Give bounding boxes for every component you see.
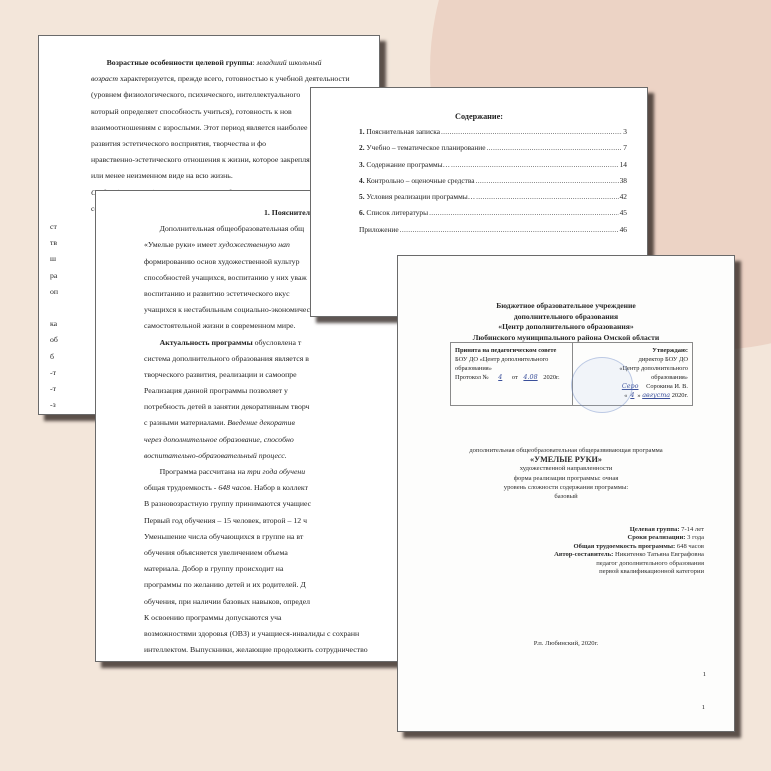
toc-item[interactable]: 3. Содержание программы…14 xyxy=(359,157,627,173)
toc-page-number: 7 xyxy=(623,140,627,156)
text-fragment: ст xyxy=(50,219,58,235)
org-line: дополнительного образования xyxy=(398,312,734,323)
toc-page-number: 38 xyxy=(620,173,627,189)
meta-line: Целевая группа: 7-14 лет xyxy=(554,526,704,534)
toc-item[interactable]: 4. Контрольно – оценочные средства38 xyxy=(359,173,627,189)
meta-line: Автор-составитель: Никитенко Татьяна Евг… xyxy=(554,551,704,559)
accepted-title: Принята на педагогическом совете xyxy=(455,346,568,355)
meta-line: Общая трудоемкость программы: 648 часов xyxy=(554,543,704,551)
text-line: с разными материалами. Введение декорати… xyxy=(144,415,405,431)
text-line: материала. Добор в группу происходит на xyxy=(144,561,405,577)
protocol-number: 4 xyxy=(490,373,510,381)
text-line: К освоению программы допускаются уча xyxy=(144,610,405,626)
approved-title: Утверждаю: xyxy=(577,346,688,355)
accepted-org: БОУ ДО «Центр дополнительного образовани… xyxy=(455,355,568,373)
text-line: общая трудоемкость - 648 часов. Набор в … xyxy=(144,480,405,496)
meta-line: первой квалификационной категории xyxy=(554,568,704,576)
toc-item[interactable]: Приложение46 xyxy=(359,222,627,238)
toc-page-number: 45 xyxy=(620,205,627,221)
text-fragment: ка xyxy=(50,316,58,332)
org-line: «Центр дополнительного образования» xyxy=(398,322,734,333)
text-fragment: об xyxy=(50,332,58,348)
approval-month: августа xyxy=(642,391,670,399)
page-number: 1 xyxy=(703,671,706,678)
page-a-left-edge-fragments: сттвшраопкаобб-т-т-з-з-д-тфшзаоб xyxy=(50,219,58,415)
toc-page-number: 14 xyxy=(620,157,627,173)
text-line: Актуальность программы обусловлена т xyxy=(144,335,405,351)
document-page-title: Бюджетное образовательное учреждение доп… xyxy=(397,255,735,732)
text-line: система дополнительного образования явля… xyxy=(144,351,405,367)
program-level-label: уровень сложности содержания программы: xyxy=(398,483,734,492)
text-line: обучения, при наличии базовых навыков, о… xyxy=(144,594,405,610)
accepted-block: Принята на педагогическом совете БОУ ДО … xyxy=(451,343,573,405)
text-line: интеллектом. Выпускники, желающие продол… xyxy=(144,642,405,658)
approval-table: Принята на педагогическом совете БОУ ДО … xyxy=(450,342,693,406)
program-meta: Целевая группа: 7-14 летСроки реализации… xyxy=(554,526,704,576)
text-fragment: -з xyxy=(50,413,58,415)
text-fragment: -т xyxy=(50,381,58,397)
toc-page-number: 3 xyxy=(623,124,627,140)
text-line: воспитательно-образовательный процесс. xyxy=(144,448,405,464)
toc-item[interactable]: 1. Пояснительная записка3 xyxy=(359,124,627,140)
protocol-line: Протокол № 4 от 4.08 2020г. xyxy=(455,373,568,382)
page-number: 1 xyxy=(702,704,705,711)
toc-page-number: 42 xyxy=(620,189,627,205)
program-name: «УМЕЛЫЕ РУКИ» xyxy=(398,455,734,464)
approver-name: Сорокина И. В. xyxy=(646,383,688,390)
text-fragment: ш xyxy=(50,251,58,267)
program-form: форма реализации программы: очная xyxy=(398,474,734,483)
approved-block: Утверждаю: директор БОУ ДО «Центр дополн… xyxy=(573,343,692,405)
toc-title: Содержание: xyxy=(311,112,647,121)
meta-line: Сроки реализации: 3 года xyxy=(554,534,704,542)
text-fragment xyxy=(50,300,58,316)
toc-item[interactable]: 2. Учебно – тематическое планирование7 xyxy=(359,140,627,156)
protocol-date: 4.08 xyxy=(519,373,541,381)
text-fragment: ра xyxy=(50,268,58,284)
text-line: В разновозрастную группу принимаются уча… xyxy=(144,496,405,512)
place-year: Р.п. Любинский, 2020г. xyxy=(398,640,734,647)
text-line: Программа рассчитана на три года обучени xyxy=(144,464,405,480)
approval-year: 2020г. xyxy=(672,392,688,399)
text-line: коллективом и педагогом, допускаются к д… xyxy=(144,658,405,662)
org-line: Бюджетное образовательное учреждение xyxy=(398,301,734,312)
text-line: возможностями здоровья (ОВЗ) и учащиеся-… xyxy=(144,626,405,642)
text-fragment: тв xyxy=(50,235,58,251)
toc-item[interactable]: 6. Список литературы45 xyxy=(359,205,627,221)
text-line: возраст характеризуется, прежде всего, г… xyxy=(91,71,380,87)
text-line: творческого развития, реализации и самоо… xyxy=(144,367,405,383)
stamp-seal xyxy=(571,357,633,413)
text-line: через дополнительное образование, способ… xyxy=(144,432,405,448)
text-line: Первый год обучения – 15 человек, второй… xyxy=(144,513,405,529)
text-line: самостоятельной жизни в современном мире… xyxy=(144,318,405,334)
text-line: Реализация данной программы позволяет у xyxy=(144,383,405,399)
toc-item[interactable]: 5. Условия реализации программы…42 xyxy=(359,189,627,205)
text-fragment: оп xyxy=(50,284,58,300)
program-info: дополнительная общеобразовательная общер… xyxy=(398,446,734,501)
program-direction: художественной направленности xyxy=(398,464,734,473)
toc-list: 1. Пояснительная записка32. Учебно – тем… xyxy=(359,124,627,238)
text-line: потребность детей в занятии декоративным… xyxy=(144,399,405,415)
text-fragment: б xyxy=(50,349,58,365)
text-fragment: -т xyxy=(50,365,58,381)
program-type: дополнительная общеобразовательная общер… xyxy=(398,446,734,455)
text-line: обучения объясняется увеличением объема xyxy=(144,545,405,561)
program-level: базовый xyxy=(398,492,734,501)
organization-name: Бюджетное образовательное учреждение доп… xyxy=(398,301,734,343)
toc-page-number: 46 xyxy=(620,222,627,238)
text-line: Возрастные особенности целевой группы: м… xyxy=(91,55,380,71)
meta-line: педагог дополнительного образования xyxy=(554,560,704,568)
text-line: Уменьшение числа обучающихся в группе на… xyxy=(144,529,405,545)
text-fragment: -з xyxy=(50,397,58,413)
text-line: программы по желанию детей и их родителе… xyxy=(144,577,405,593)
